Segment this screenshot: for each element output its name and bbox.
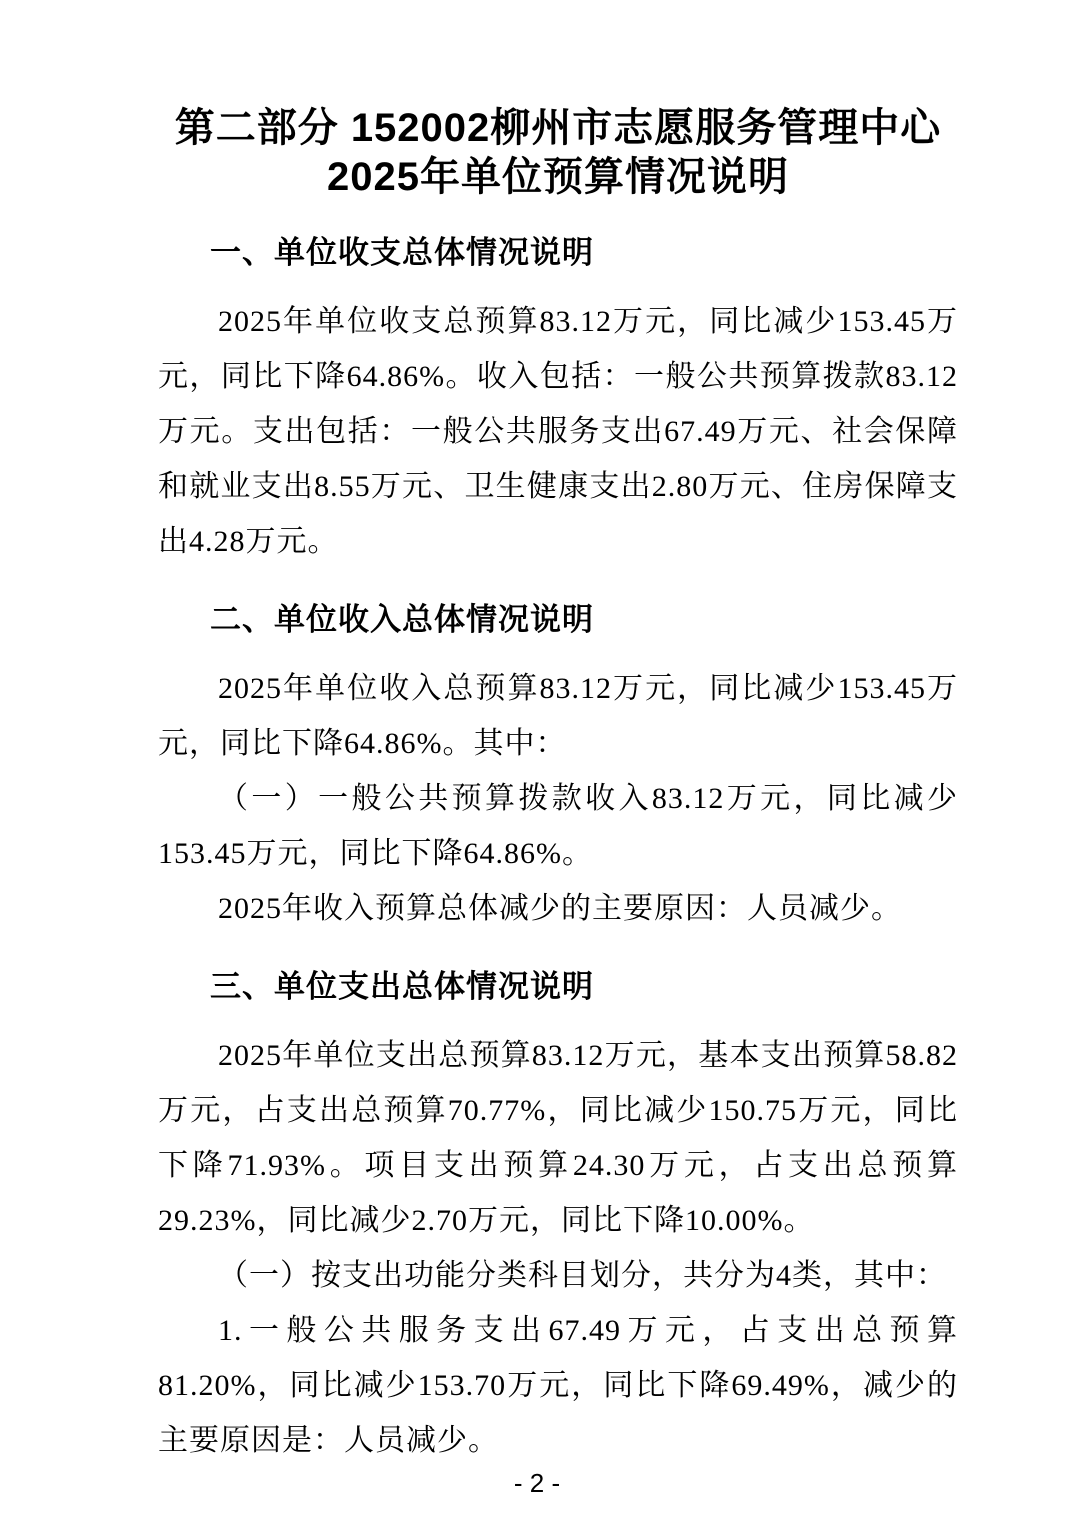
document-content: 第二部分 152002柳州市志愿服务管理中心 2025年单位预算情况说明 一、单… bbox=[0, 0, 1074, 1468]
section-overview: 一、单位收支总体情况说明 2025年单位收支总预算83.12万元，同比减少153… bbox=[158, 230, 958, 569]
section-heading-2: 二、单位收入总体情况说明 bbox=[158, 597, 958, 643]
section-heading-1: 一、单位收支总体情况说明 bbox=[158, 230, 958, 276]
page-number: - 2 - bbox=[0, 1468, 1074, 1499]
section-expenditure: 三、单位支出总体情况说明 2025年单位支出总预算83.12万元，基本支出预算5… bbox=[158, 964, 958, 1468]
document-page: 第二部分 152002柳州市志愿服务管理中心 2025年单位预算情况说明 一、单… bbox=[0, 0, 1074, 1520]
section-income: 二、单位收入总体情况说明 2025年单位收入总预算83.12万元，同比减少153… bbox=[158, 597, 958, 936]
document-title-line2: 2025年单位预算情况说明 bbox=[327, 155, 789, 199]
paragraph: （一）按支出功能分类科目划分，共分为4类，其中： bbox=[158, 1248, 958, 1303]
section-heading-3: 三、单位支出总体情况说明 bbox=[158, 964, 958, 1010]
paragraph: 2025年收入预算总体减少的主要原因：人员减少。 bbox=[158, 881, 958, 936]
paragraph: 2025年单位收入总预算83.12万元，同比减少153.45万元，同比下降64.… bbox=[158, 661, 958, 771]
paragraph: 2025年单位支出总预算83.12万元，基本支出预算58.82万元，占支出总预算… bbox=[158, 1028, 958, 1248]
paragraph: （一）一般公共预算拨款收入83.12万元，同比减少153.45万元，同比下降64… bbox=[158, 771, 958, 881]
document-title-line1: 第二部分 152002柳州市志愿服务管理中心 bbox=[175, 106, 942, 150]
paragraph: 1.一般公共服务支出67.49万元，占支出总预算81.20%，同比减少153.7… bbox=[158, 1303, 958, 1468]
document-title: 第二部分 152002柳州市志愿服务管理中心 2025年单位预算情况说明 bbox=[158, 104, 958, 202]
paragraph: 2025年单位收支总预算83.12万元，同比减少153.45万元，同比下降64.… bbox=[158, 294, 958, 569]
